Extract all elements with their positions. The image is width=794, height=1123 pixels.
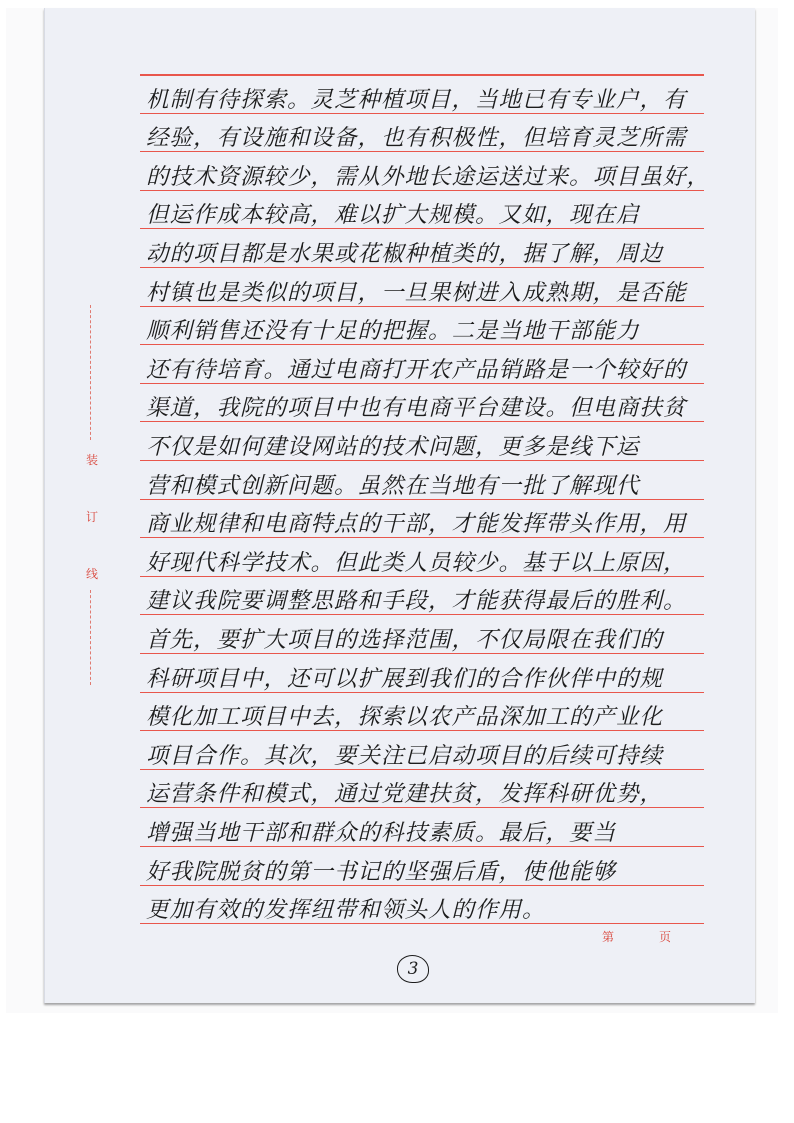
binding-dashed-line-bottom xyxy=(90,590,91,685)
ruled-line xyxy=(140,74,704,76)
page-label-ye: 页 xyxy=(659,928,671,945)
handwritten-line: 运营条件和模式，通过党建扶贫，发挥科研优势， xyxy=(146,776,706,808)
handwritten-line: 营和模式创新问题。虽然在当地有一批了解现代 xyxy=(146,468,706,500)
handwritten-line: 建议我院要调整思路和手段，才能获得最后的胜利。 xyxy=(146,583,706,615)
binding-char-xian: 线 xyxy=(84,565,100,582)
handwritten-line: 渠道，我院的项目中也有电商平台建设。但电商扶贫 xyxy=(146,390,706,422)
handwritten-line: 机制有待探索。灵芝种植项目，当地已有专业户，有 xyxy=(146,82,706,114)
handwritten-line: 经验，有设施和设备，也有积极性，但培育灵芝所需 xyxy=(146,120,706,152)
handwritten-page-number: 3 xyxy=(397,955,429,983)
binding-margin: 装 订 线 xyxy=(86,305,96,685)
handwritten-line: 增强当地干部和群众的科技素质。最后，要当 xyxy=(146,815,706,847)
handwritten-line: 好现代科学技术。但此类人员较少。基于以上原因， xyxy=(146,545,706,577)
binding-char-ding: 订 xyxy=(84,508,100,525)
handwritten-line: 更加有效的发挥纽带和领头人的作用。 xyxy=(146,892,706,924)
handwritten-line: 项目合作。其次，要关注已启动项目的后续可持续 xyxy=(146,738,706,770)
handwritten-line: 的技术资源较少，需从外地长途运送过来。项目虽好， xyxy=(146,159,706,191)
handwritten-line: 不仅是如何建设网站的技术问题，更多是线下运 xyxy=(146,429,706,461)
handwritten-line: 科研项目中，还可以扩展到我们的合作伙伴中的规 xyxy=(146,661,706,693)
binding-dashed-line-top xyxy=(90,305,91,440)
handwritten-line: 顺利销售还没有十足的把握。二是当地干部能力 xyxy=(146,313,706,345)
handwritten-line: 但运作成本较高，难以扩大规模。又如，现在启 xyxy=(146,197,706,229)
handwritten-line: 首先，要扩大项目的选择范围，不仅局限在我们的 xyxy=(146,622,706,654)
handwritten-line: 模化加工项目中去，探索以农产品深加工的产业化 xyxy=(146,699,706,731)
handwritten-line: 村镇也是类似的项目，一旦果树进入成熟期，是否能 xyxy=(146,275,706,307)
binding-char-zhuang: 装 xyxy=(84,451,100,468)
handwritten-line: 好我院脱贫的第一书记的坚强后盾，使他能够 xyxy=(146,854,706,886)
handwritten-line: 动的项目都是水果或花椒种植类的，据了解，周边 xyxy=(146,236,706,268)
handwritten-line: 商业规律和电商特点的干部，才能发挥带头作用，用 xyxy=(146,506,706,538)
page-label-di: 第 xyxy=(602,928,614,945)
handwritten-line: 还有待培育。通过电商打开农产品销路是一个较好的 xyxy=(146,352,706,384)
